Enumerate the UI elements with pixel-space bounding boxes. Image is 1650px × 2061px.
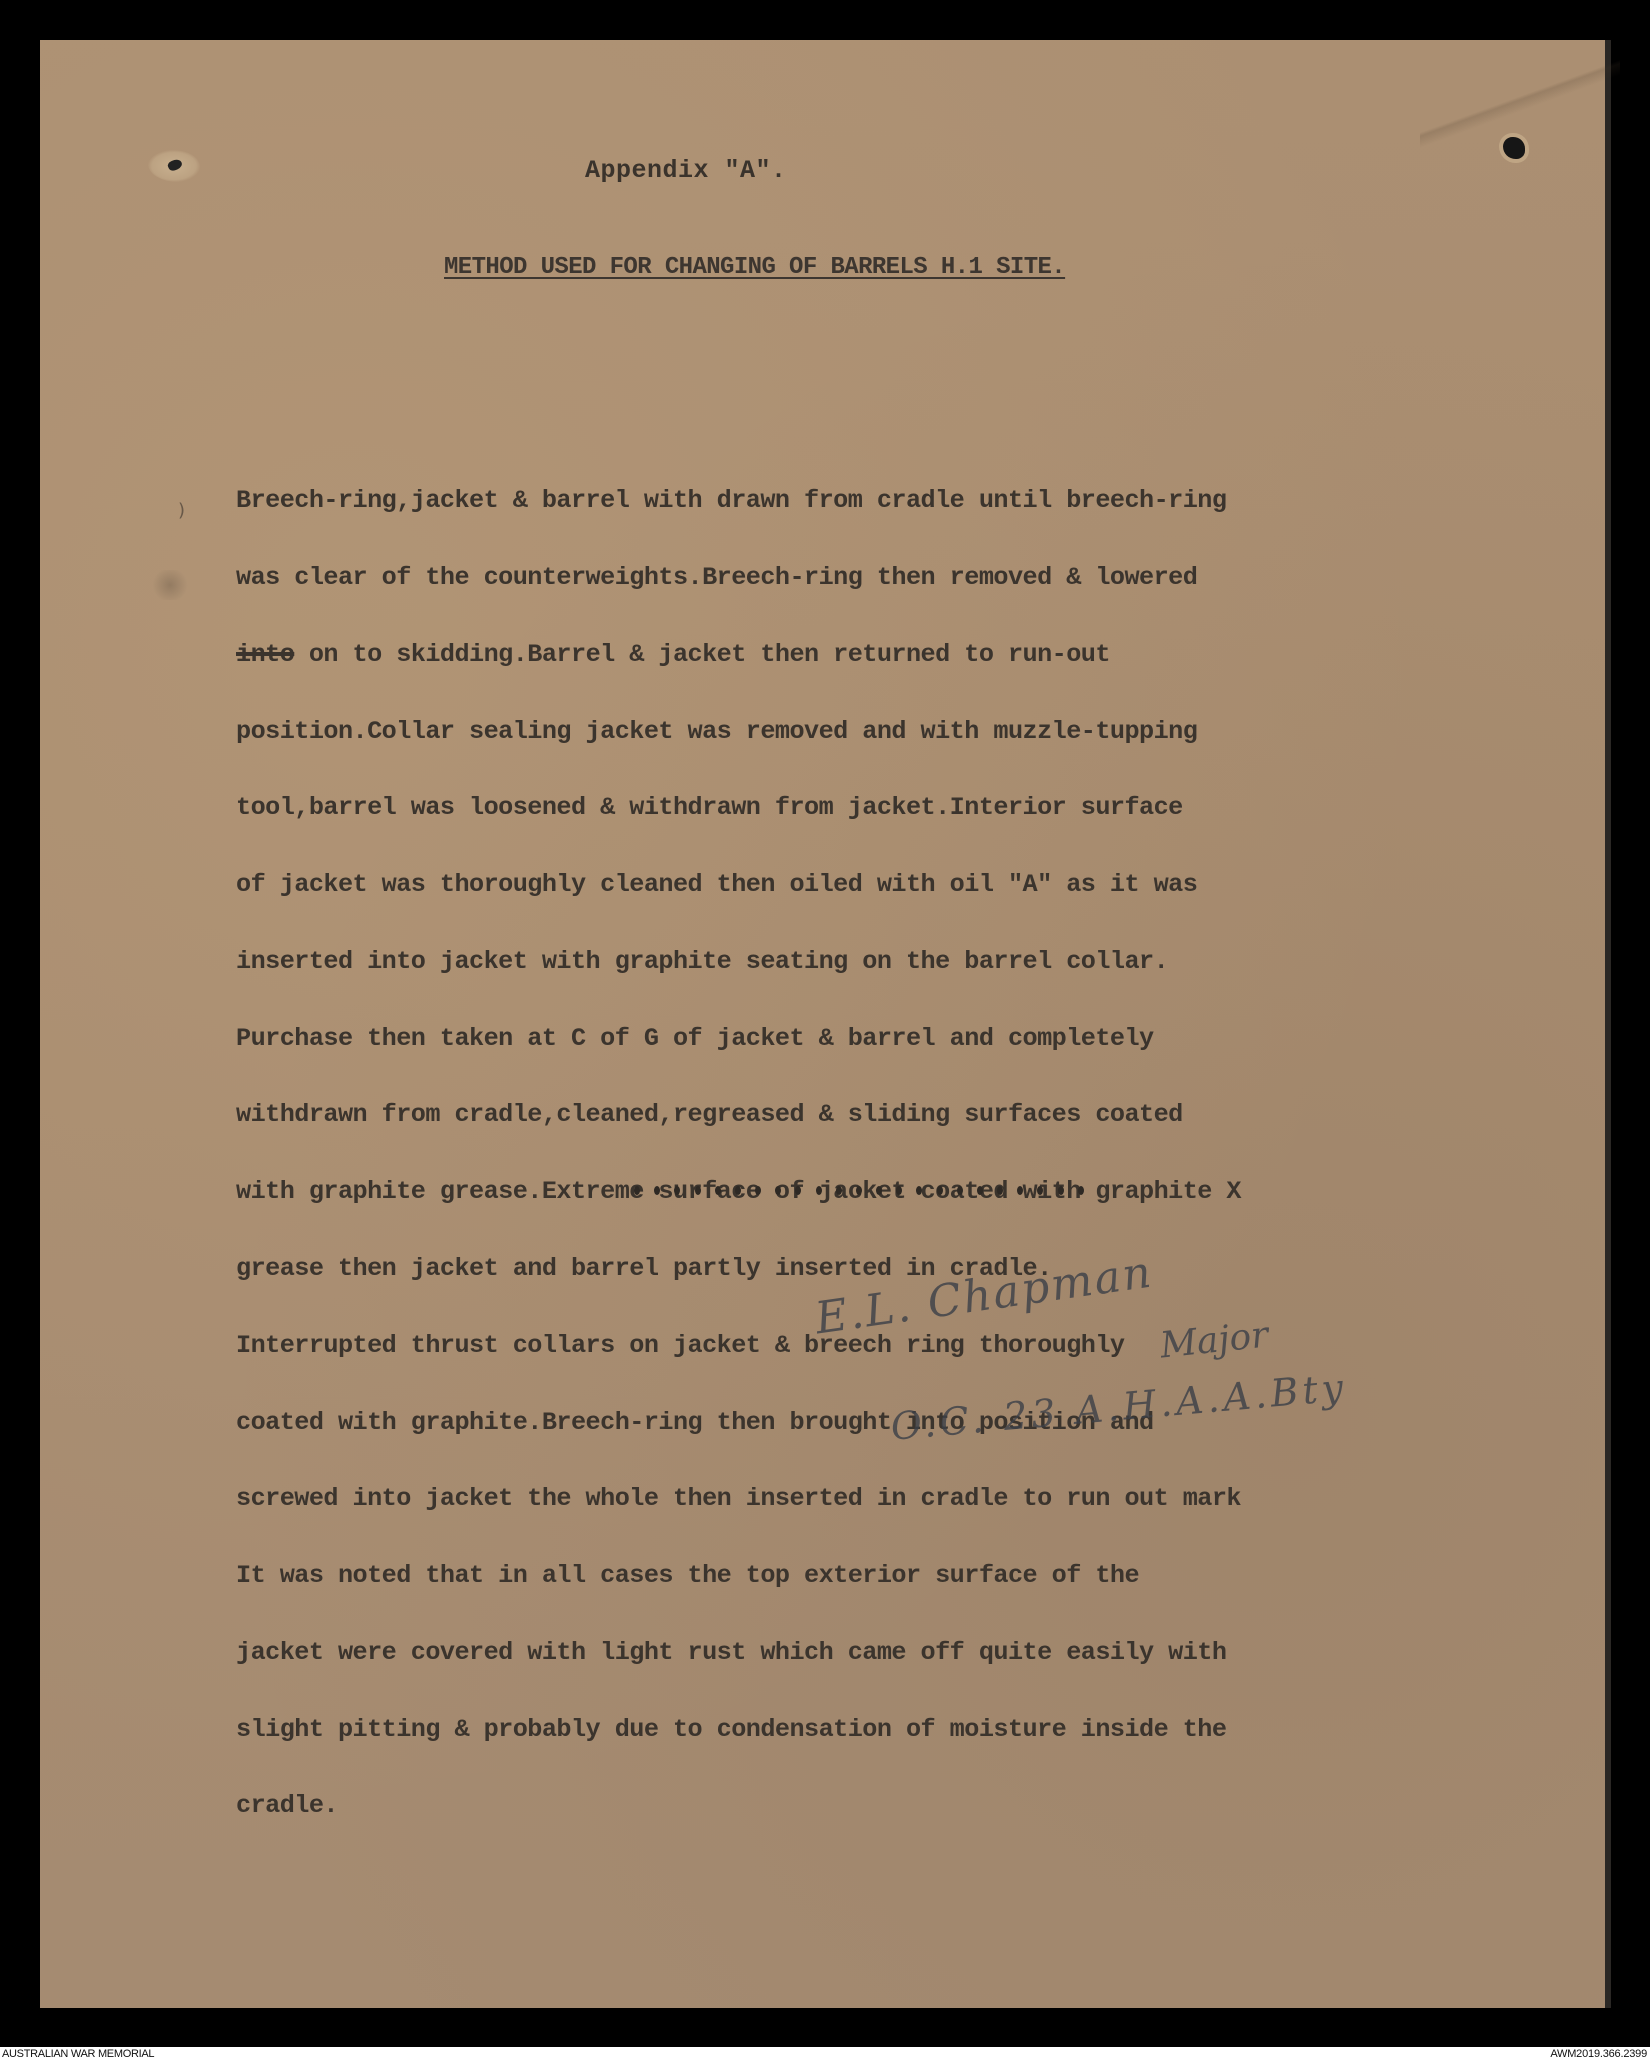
margin-smudge	[150, 570, 190, 600]
dotted-separator	[634, 1183, 1084, 1197]
body-line: tool,barrel was loosened & withdrawn fro…	[236, 795, 1616, 821]
separator-dot	[634, 1186, 640, 1195]
body-line: was clear of the counterweights.Breech-r…	[236, 565, 1616, 591]
separator-dot	[695, 1186, 701, 1195]
signature-name: E.L. Chapman	[812, 1247, 1156, 1345]
document-body: Breech-ring,jacket & barrel with drawn f…	[236, 437, 1616, 1845]
body-line-text: on to skidding.Barrel & jacket then retu…	[294, 640, 1110, 669]
separator-dot	[1037, 1186, 1043, 1195]
separator-dot	[916, 1186, 922, 1195]
handwritten-signature-block: E.L. Chapman Major O.C. 23 A.H.A.A.Bty	[800, 1260, 1460, 1460]
separator-dot	[775, 1186, 781, 1195]
separator-dot	[1058, 1186, 1064, 1195]
separator-dot	[876, 1186, 882, 1195]
body-line: Purchase then taken at C of G of jacket …	[236, 1026, 1616, 1052]
separator-dot	[1017, 1186, 1023, 1195]
separator-dot	[654, 1186, 660, 1195]
body-line: Breech-ring,jacket & barrel with drawn f…	[236, 488, 1616, 514]
body-line: position.Collar sealing jacket was remov…	[236, 719, 1616, 745]
body-line: withdrawn from cradle,cleaned,regreased …	[236, 1102, 1616, 1128]
struck-out-word: into	[236, 640, 294, 669]
separator-dot	[896, 1186, 902, 1195]
body-line: It was noted that in all cases the top e…	[236, 1563, 1616, 1589]
separator-dot	[856, 1186, 862, 1195]
separator-dot	[715, 1186, 721, 1195]
separator-dot	[795, 1186, 801, 1195]
archive-footer: AUSTRALIAN WAR MEMORIAL AWM2019.366.2399	[0, 2047, 1650, 2061]
footer-institution: AUSTRALIAN WAR MEMORIAL	[2, 2047, 154, 2061]
body-line: inserted into jacket with graphite seati…	[236, 949, 1616, 975]
separator-dot	[977, 1186, 983, 1195]
punch-hole-right	[1503, 137, 1525, 159]
document-heading: METHOD USED FOR CHANGING OF BARRELS H.1 …	[444, 254, 1065, 281]
appendix-title: Appendix "A".	[585, 156, 787, 185]
body-line: jacket were covered with light rust whic…	[236, 1640, 1616, 1666]
separator-dot	[816, 1186, 822, 1195]
separator-dot	[755, 1186, 761, 1195]
body-line: into on to skidding.Barrel & jacket then…	[236, 642, 1616, 668]
separator-dot	[836, 1186, 842, 1195]
separator-dot	[674, 1186, 680, 1195]
margin-pencil-mark: )	[178, 500, 185, 521]
body-line: cradle.	[236, 1793, 1616, 1819]
separator-dot	[1078, 1186, 1084, 1195]
body-line: of jacket was thoroughly cleaned then oi…	[236, 872, 1616, 898]
body-line: slight pitting & probably due to condens…	[236, 1717, 1616, 1743]
separator-dot	[937, 1186, 943, 1195]
separator-dot	[997, 1186, 1003, 1195]
separator-dot	[735, 1186, 741, 1195]
footer-accession-number: AWM2019.366.2399	[1550, 2047, 1647, 2061]
signature-rank: Major	[1158, 1314, 1270, 1366]
signature-unit: O.C. 23 A.H.A.A.Bty	[889, 1365, 1349, 1449]
body-line: screwed into jacket the whole then inser…	[236, 1486, 1616, 1512]
separator-dot	[957, 1186, 963, 1195]
